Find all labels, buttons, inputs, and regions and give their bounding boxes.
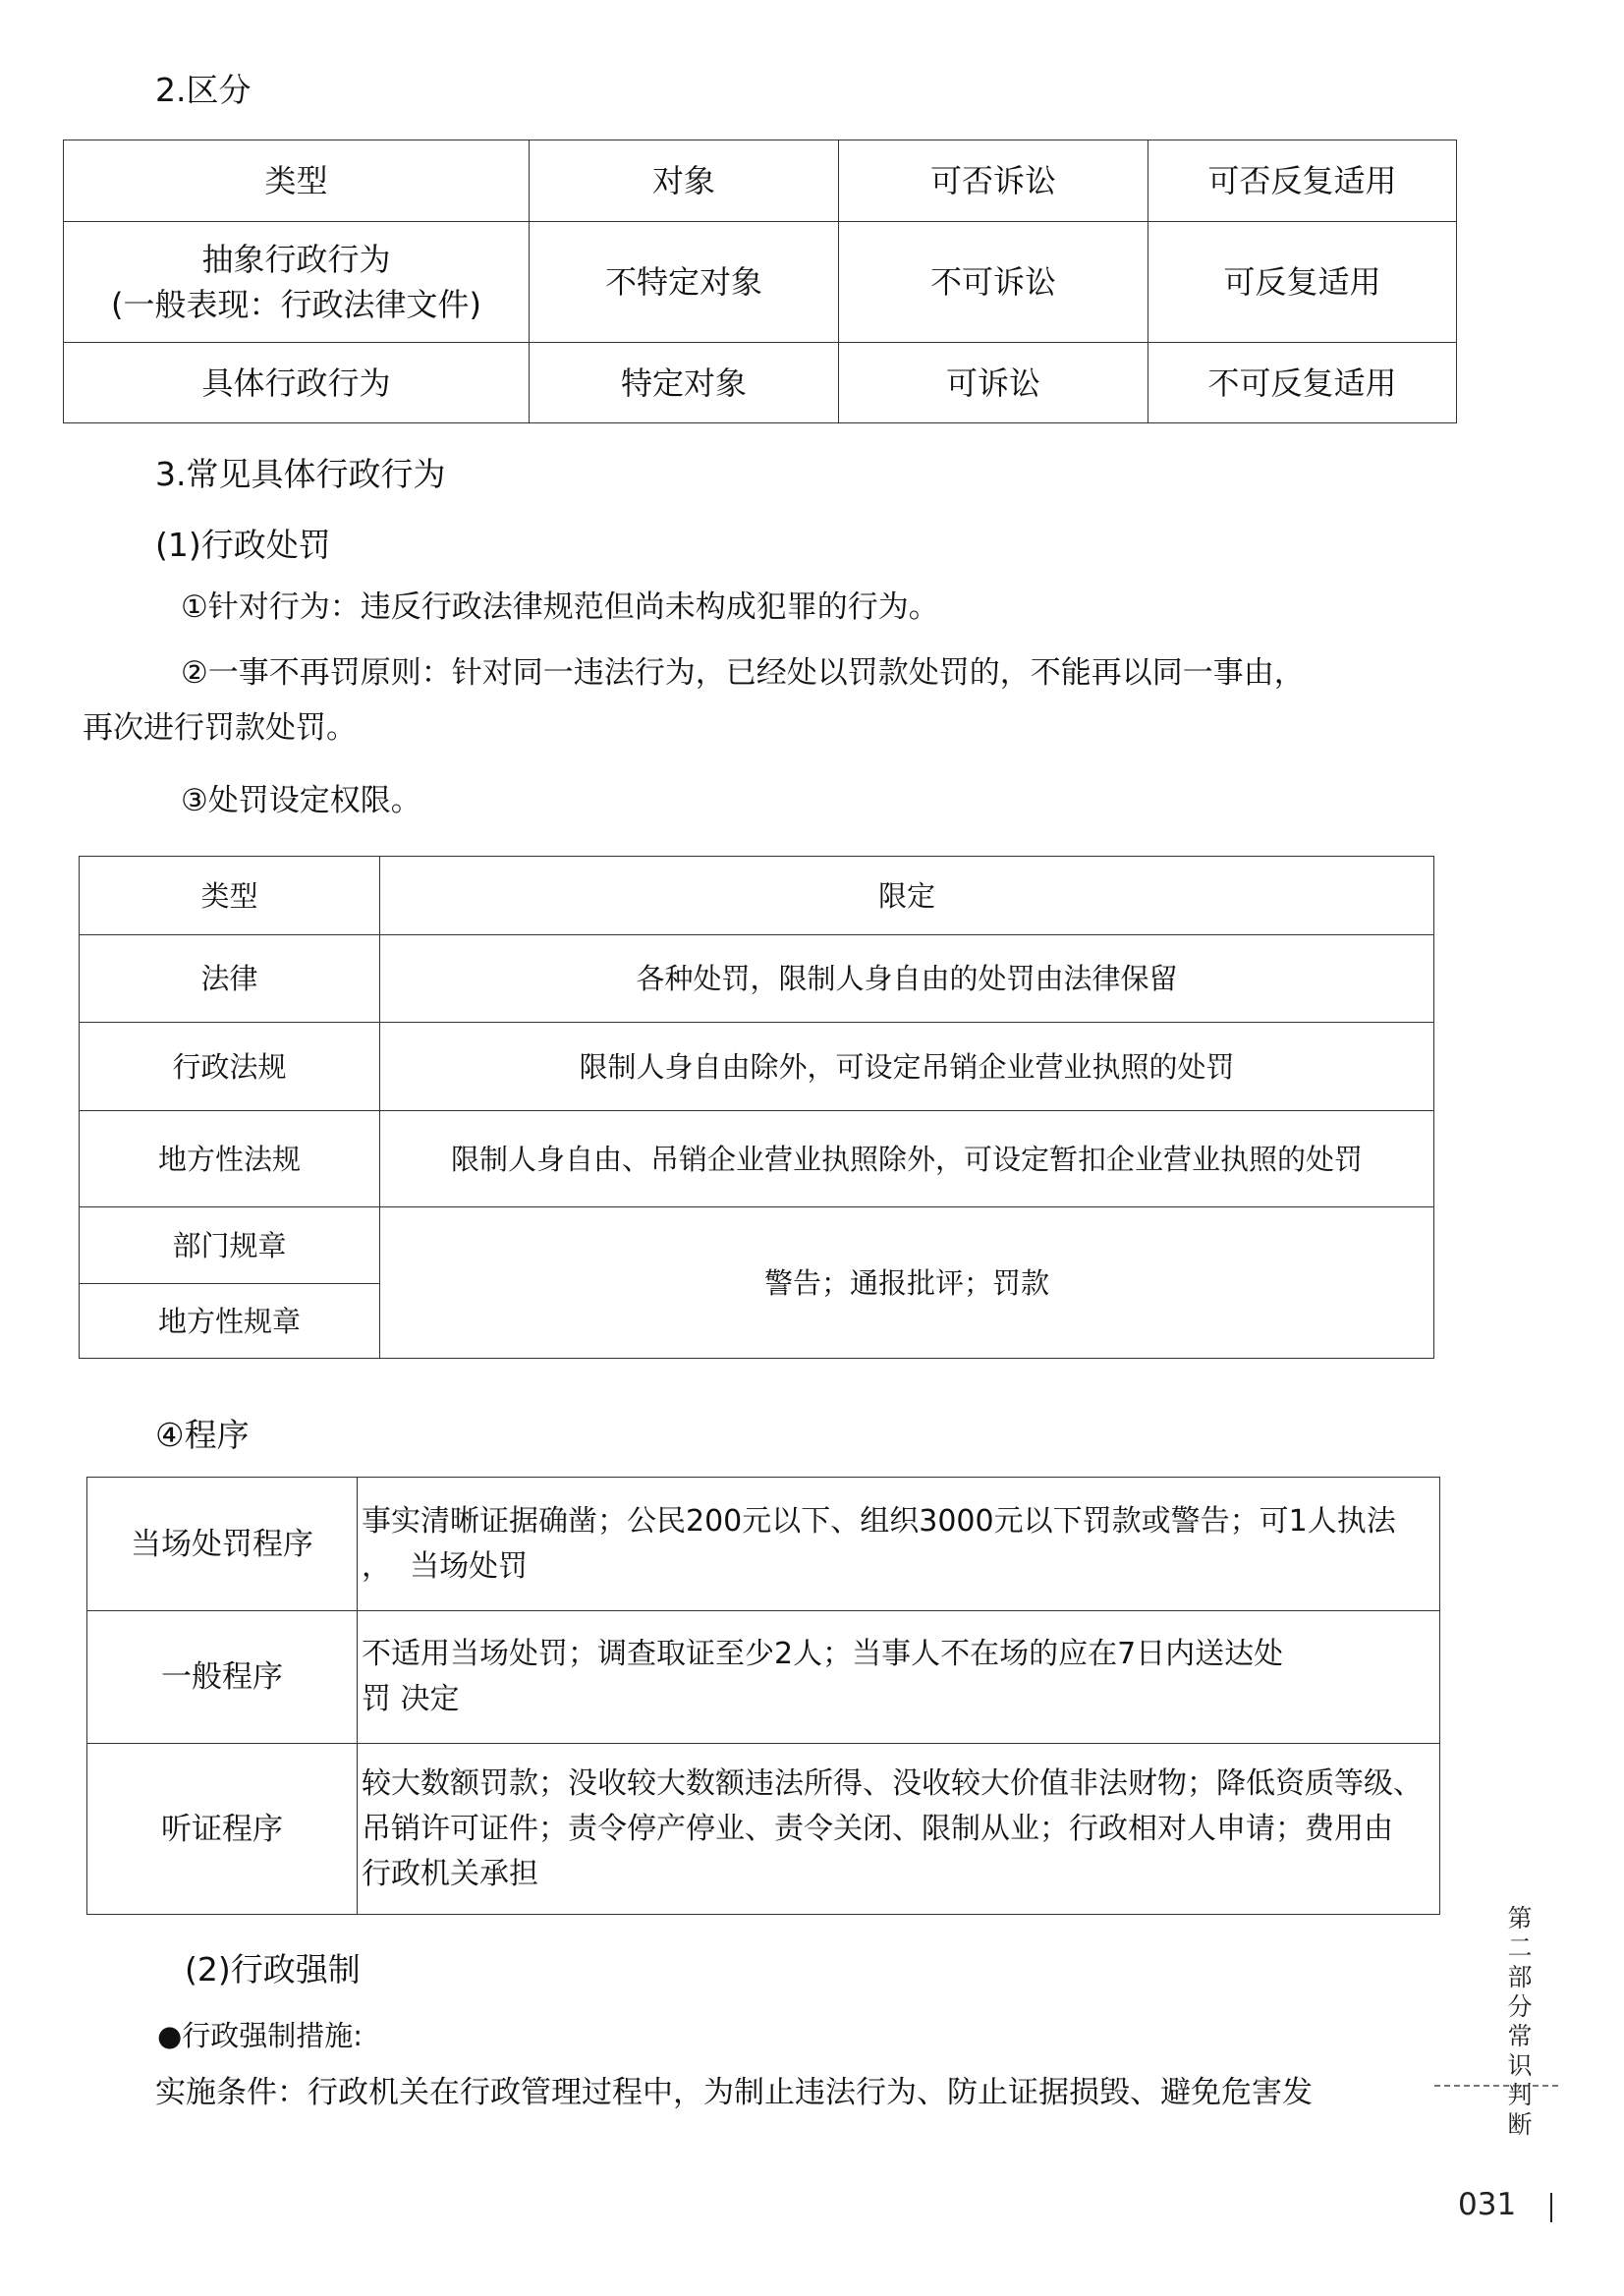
cell-procedure-detail: 较大数额罚款；没收较大数额违法所得、没收较大价值非法财物；降低资质等级、 吊销许… [358, 1744, 1440, 1915]
section-heading-distinction: 2.区分 [155, 71, 252, 110]
cell-reusable: 可反复适用 [1148, 222, 1457, 343]
side-tab-dashed-divider [1434, 2085, 1558, 2087]
detail-line: ， 当场处罚 [362, 1544, 1439, 1590]
cell-litigable: 不可诉讼 [839, 222, 1148, 343]
table-row: 听证程序 较大数额罚款；没收较大数额违法所得、没收较大价值非法财物；降低资质等级… [87, 1744, 1440, 1915]
header-object: 对象 [530, 140, 839, 222]
subheading-procedure: ④程序 [155, 1416, 250, 1455]
cell-object: 特定对象 [530, 343, 839, 423]
table-row: 具体行政行为 特定对象 可诉讼 不可反复适用 [64, 343, 1457, 423]
cell-type: 抽象行政行为 (一般表现：行政法律文件) [64, 222, 530, 343]
distinction-table: 类型 对象 可否诉讼 可否反复适用 抽象行政行为 (一般表现：行政法律文件) 不… [63, 140, 1457, 423]
cell-type: 具体行政行为 [64, 343, 530, 423]
penalty-item-1: ①针对行为：违反行政法律规范但尚未构成犯罪的行为。 [181, 588, 939, 627]
table-row: 行政法规 限制人身自由除外，可设定吊销企业营业执照的处罚 [80, 1023, 1434, 1111]
detail-line: 吊销许可证件；责令停产停业、责令关闭、限制从业；行政相对人申请；费用由 [362, 1807, 1439, 1852]
subheading-administrative-penalty: (1)行政处罚 [155, 526, 331, 565]
header-type: 类型 [64, 140, 530, 222]
table-row: 抽象行政行为 (一般表现：行政法律文件) 不特定对象 不可诉讼 可反复适用 [64, 222, 1457, 343]
cell-procedure-name: 听证程序 [87, 1744, 358, 1915]
table-row: 地方性法规 限制人身自由、吊销企业营业执照除外，可设定暂扣企业营业执照的处罚 [80, 1111, 1434, 1207]
type-line1: 抽象行政行为 [64, 237, 529, 282]
subheading-administrative-coercion: (2)行政强制 [185, 1950, 361, 1989]
penalty-authority-table: 类型 限定 法律 各种处罚，限制人身自由的处罚由法律保留 行政法规 限制人身自由… [79, 856, 1434, 1359]
cell-procedure-detail: 不适用当场处罚；调查取证至少2人；当事人不在场的应在7日内送达处 罚 决定 [358, 1611, 1440, 1744]
cell-type: 法律 [80, 935, 380, 1023]
header-limit: 限定 [380, 857, 1434, 935]
detail-line: 罚 决定 [362, 1677, 1439, 1722]
cell-procedure-detail: 事实清晰证据确凿；公民200元以下、组织3000元以下罚款或警告；可1人执法 ，… [358, 1478, 1440, 1611]
coercion-condition-text: 实施条件：行政机关在行政管理过程中，为制止违法行为、防止证据损毁、避免危害发 [155, 2073, 1313, 2112]
detail-line: 较大数额罚款；没收较大数额违法所得、没收较大价值非法财物；降低资质等级、 [362, 1762, 1439, 1807]
detail-line: 行政机关承担 [362, 1852, 1439, 1897]
detail-line: 不适用当场处罚；调查取证至少2人；当事人不在场的应在7日内送达处 [362, 1632, 1439, 1677]
cell-procedure-name: 一般程序 [87, 1611, 358, 1744]
cell-limit: 限制人身自由除外，可设定吊销企业营业执照的处罚 [380, 1023, 1434, 1111]
table-header-row: 类型 对象 可否诉讼 可否反复适用 [64, 140, 1457, 222]
cell-limit: 各种处罚，限制人身自由的处罚由法律保留 [380, 935, 1434, 1023]
procedure-table: 当场处罚程序 事实清晰证据确凿；公民200元以下、组织3000元以下罚款或警告；… [86, 1477, 1440, 1915]
header-litigable: 可否诉讼 [839, 140, 1148, 222]
cell-type: 部门规章 [80, 1207, 380, 1284]
cell-type: 行政法规 [80, 1023, 380, 1111]
coercion-measures-bullet: ●行政强制措施: [157, 2016, 363, 2055]
cell-reusable: 不可反复适用 [1148, 343, 1457, 423]
cell-procedure-name: 当场处罚程序 [87, 1478, 358, 1611]
table-row: 部门规章 警告；通报批评；罚款 [80, 1207, 1434, 1284]
cell-limit-merged: 警告；通报批评；罚款 [380, 1207, 1434, 1359]
cell-type: 地方性规章 [80, 1284, 380, 1359]
type-line2: (一般表现：行政法律文件) [64, 282, 529, 327]
page-number: 031 [1458, 2187, 1516, 2222]
table-row: 一般程序 不适用当场处罚；调查取证至少2人；当事人不在场的应在7日内送达处 罚 … [87, 1611, 1440, 1744]
cell-type: 地方性法规 [80, 1111, 380, 1207]
table-row: 法律 各种处罚，限制人身自由的处罚由法律保留 [80, 935, 1434, 1023]
cell-limit: 限制人身自由、吊销企业营业执照除外，可设定暂扣企业营业执照的处罚 [380, 1111, 1434, 1207]
detail-line: 事实清晰证据确凿；公民200元以下、组织3000元以下罚款或警告；可1人执法 [362, 1499, 1439, 1544]
cell-object: 不特定对象 [530, 222, 839, 343]
table-row: 当场处罚程序 事实清晰证据确凿；公民200元以下、组织3000元以下罚款或警告；… [87, 1478, 1440, 1611]
penalty-item-2-line1: ②一事不再罚原则：针对同一违法行为，已经处以罚款处罚的，不能再以同一事由， [181, 653, 1305, 693]
table-header-row: 类型 限定 [80, 857, 1434, 935]
header-type: 类型 [80, 857, 380, 935]
side-tab-section-label: 第二部分常识判断 [1505, 1904, 1535, 2140]
penalty-item-2-line2: 再次进行罚款处罚。 [83, 708, 357, 748]
page-number-separator [1550, 2193, 1552, 2222]
header-reusable: 可否反复适用 [1148, 140, 1457, 222]
cell-litigable: 可诉讼 [839, 343, 1148, 423]
section-heading-common-acts: 3.常见具体行政行为 [155, 455, 446, 494]
penalty-item-3: ③处罚设定权限。 [181, 781, 421, 820]
